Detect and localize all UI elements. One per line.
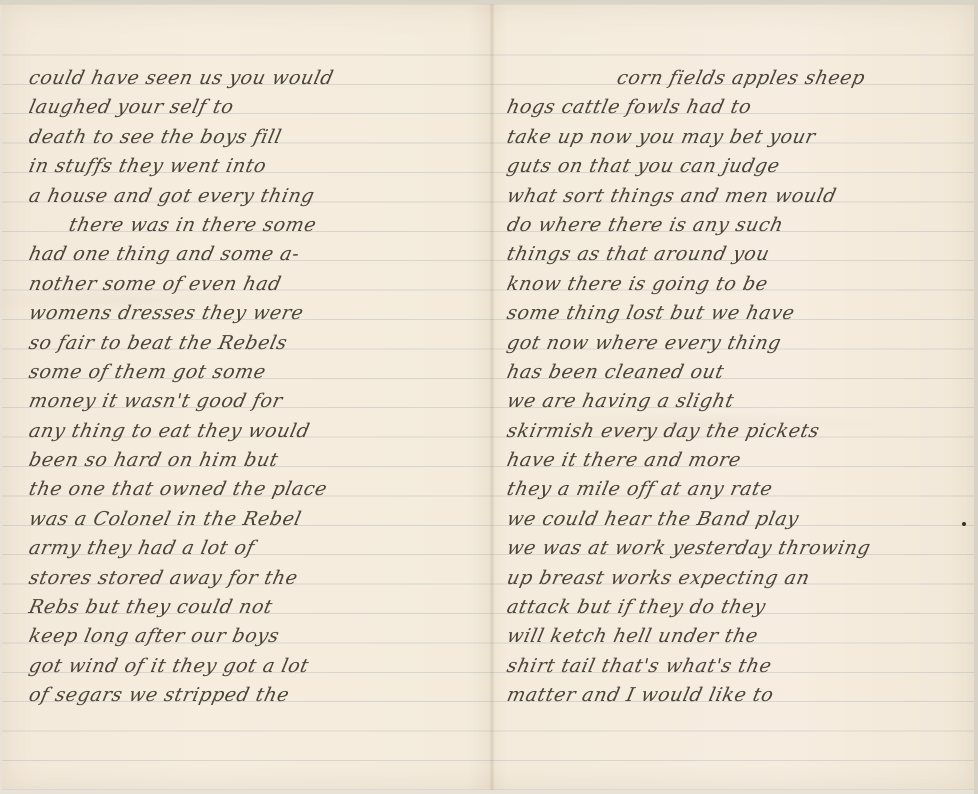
handwritten-line: what sort things and men would [504, 182, 970, 211]
handwritten-line: some thing lost but we have [504, 299, 970, 328]
handwritten-line: attack but if they do they [504, 593, 970, 622]
handwritten-line: we was at work yesterday throwing [504, 534, 970, 563]
handwritten-line: they a mile off at any rate [504, 475, 970, 504]
handwritten-line: do where there is any such [504, 211, 970, 240]
handwritten-line: a house and got every thing [26, 182, 490, 211]
handwritten-line: take up now you may bet your [504, 123, 970, 152]
handwritten-line: nother some of even had [26, 270, 490, 299]
left-page: could have seen us you would laughed you… [26, 64, 484, 784]
handwritten-line: we could hear the Band play [504, 505, 970, 534]
handwritten-line: corn fields apples sheep [504, 64, 970, 93]
handwritten-line: keep long after our boys [26, 622, 490, 651]
handwritten-line: shirt tail that's what's the [504, 652, 970, 681]
handwritten-line: army they had a lot of [26, 534, 490, 563]
handwritten-line: could have seen us you would [26, 64, 490, 93]
right-page: corn fields apples sheep hogs cattle fow… [504, 64, 964, 784]
handwritten-line: will ketch hell under the [504, 622, 970, 651]
handwritten-line: stores stored away for the [26, 564, 490, 593]
ink-spot [962, 522, 966, 526]
handwritten-line: any thing to eat they would [26, 417, 490, 446]
handwritten-line: of segars we stripped the [26, 681, 490, 710]
handwritten-line: some of them got some [26, 358, 490, 387]
handwritten-line: matter and I would like to [504, 681, 970, 710]
handwritten-line: was a Colonel in the Rebel [26, 505, 490, 534]
handwritten-line: guts on that you can judge [504, 152, 970, 181]
handwritten-line: skirmish every day the pickets [504, 417, 970, 446]
handwritten-line: the one that owned the place [26, 475, 490, 504]
scan-right-edge [974, 0, 978, 794]
handwritten-line: womens dresses they were [26, 299, 490, 328]
handwritten-line: Rebs but they could not [26, 593, 490, 622]
handwritten-line: been so hard on him but [26, 446, 490, 475]
handwritten-line: had one thing and some a- [26, 240, 490, 269]
handwritten-line: we are having a slight [504, 387, 970, 416]
handwritten-line: money it wasn't good for [26, 387, 490, 416]
paper-sheet: could have seen us you would laughed you… [2, 4, 974, 790]
handwritten-line: so fair to beat the Rebels [26, 329, 490, 358]
handwritten-line: in stuffs they went into [26, 152, 490, 181]
handwritten-line: up breast works expecting an [504, 564, 970, 593]
handwritten-line: has been cleaned out [504, 358, 970, 387]
handwritten-line: hogs cattle fowls had to [504, 93, 970, 122]
handwritten-line: laughed your self to [26, 93, 490, 122]
handwritten-line: there was in there some [26, 211, 490, 240]
center-fold [489, 4, 495, 790]
handwritten-line: have it there and more [504, 446, 970, 475]
handwritten-line: got now where every thing [504, 329, 970, 358]
scanned-letter: could have seen us you would laughed you… [0, 0, 978, 794]
handwritten-line: got wind of it they got a lot [26, 652, 490, 681]
handwritten-line: things as that around you [504, 240, 970, 269]
handwritten-line: know there is going to be [504, 270, 970, 299]
handwritten-line: death to see the boys fill [26, 123, 490, 152]
